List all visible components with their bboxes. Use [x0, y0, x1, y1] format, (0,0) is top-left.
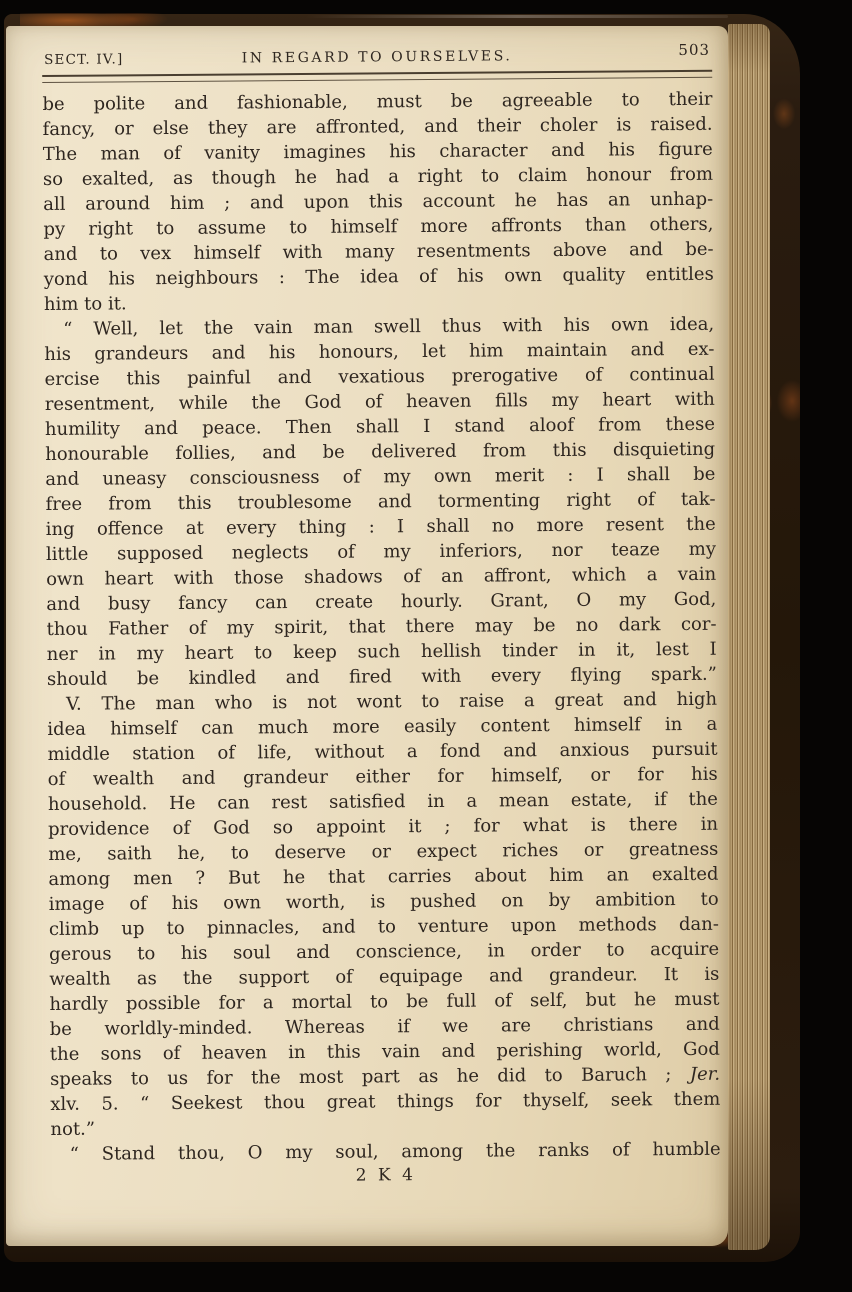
text-segment: be worldly-minded. Whereas if we are chr… — [50, 1014, 720, 1040]
text-segment: should be kindled and fired with every f… — [47, 664, 717, 690]
book-cover: SECT. IV.] IN REGARD TO OURSELVES. 503 b… — [4, 14, 800, 1262]
text-segment: and uneasy consciousness of my own merit… — [45, 464, 715, 490]
paragraph: “ Stand thou, O my soul, among the ranks… — [51, 1137, 721, 1167]
text-segment: Jer. — [690, 1064, 720, 1085]
text-segment: climb up to pinnacles, and to venture up… — [49, 914, 719, 940]
section-label: SECT. IV.] — [44, 51, 123, 68]
text-segment: The man of vanity imagines his character… — [43, 139, 713, 165]
text-segment: and to vex himself with many resentments… — [44, 239, 714, 265]
header-rule — [42, 70, 712, 83]
text-segment: all around him ; and upon this account h… — [43, 189, 713, 215]
text-segment: so exalted, as though he had a right to … — [43, 164, 713, 190]
text-segment: not.” — [50, 1119, 95, 1140]
text-segment: idea himself can much more easily conten… — [47, 714, 717, 740]
text-segment: and busy fancy can create hourly. Grant,… — [46, 589, 716, 615]
text-line: “ Stand thou, O my soul, among the ranks… — [51, 1137, 721, 1167]
text-segment: own heart with those shadows of an affro… — [46, 564, 716, 590]
text-segment: resentment, while the God of heaven fill… — [45, 389, 715, 415]
paragraph: be polite and fashionable, must be agree… — [42, 87, 714, 317]
text-segment: “ Well, let the vain man swell thus with… — [63, 314, 714, 340]
text-segment: humility and peace. Then shall I stand a… — [45, 414, 715, 440]
paragraph: “ Well, let the vain man swell thus with… — [44, 312, 717, 692]
signature-mark: 2 K 4 — [51, 1163, 721, 1188]
text-segment: little supposed neglects of my inferiors… — [46, 539, 716, 565]
text-segment: “ Stand thou, O my soul, among the ranks… — [70, 1139, 721, 1165]
text-segment: V. The man who is not wont to raise a gr… — [66, 689, 717, 715]
text-segment: middle station of life, without a fond a… — [47, 739, 717, 765]
text-segment: ercise this painful and vexatious prerog… — [45, 364, 715, 390]
text-segment: ing offence at every thing : I shall no … — [46, 514, 716, 540]
text-segment: thou Father of my spirit, that there may… — [46, 614, 716, 640]
page-body: be polite and fashionable, must be agree… — [42, 87, 720, 1167]
page-header: SECT. IV.] IN REGARD TO OURSELVES. 503 — [42, 45, 712, 68]
text-segment: honourable follies, and be delivered fro… — [45, 439, 715, 465]
text-segment: hardly possible for a mortal to be full … — [49, 989, 719, 1015]
text-line: xlv. 5. “ Seekest thou great things for … — [50, 1087, 720, 1117]
running-title: IN REGARD TO OURSELVES. — [242, 48, 513, 66]
text-segment: speaks to us for the most part as he did… — [50, 1064, 690, 1090]
text-segment: him to it. — [44, 293, 127, 315]
text-segment: his grandeurs and his honours, let him m… — [44, 339, 714, 365]
page-content: SECT. IV.] IN REGARD TO OURSELVES. 503 b… — [42, 45, 721, 1188]
text-segment: ner in my heart to keep such hellish tin… — [47, 639, 717, 665]
text-segment: of wealth and grandeur either for himsel… — [48, 764, 718, 790]
text-segment: among men ? But he that carries about hi… — [48, 864, 718, 890]
text-segment: providence of God so appoint it ; for wh… — [48, 814, 718, 840]
text-segment: yond his neighbours : The idea of his ow… — [44, 264, 714, 290]
paragraph: V. The man who is not wont to raise a gr… — [47, 687, 721, 1142]
text-segment: free from this troublesome and tormentin… — [45, 489, 715, 515]
text-segment: me, saith he, to deserve or expect riche… — [48, 839, 718, 865]
text-segment: image of his own worth, is pushed on by … — [49, 889, 719, 915]
text-segment: household. He can rest satisfied in a me… — [48, 789, 718, 815]
page-number: 503 — [678, 41, 710, 59]
text-segment: gerous to his soul and conscience, in or… — [49, 939, 719, 965]
text-segment: the sons of heaven in this vain and peri… — [50, 1039, 720, 1065]
text-line: yond his neighbours : The idea of his ow… — [44, 262, 714, 292]
text-segment: fancy, or else they are affronted, and t… — [43, 114, 713, 140]
text-segment: py right to assume to himself more affro… — [43, 214, 713, 240]
text-segment: xlv. 5. “ Seekest thou great things for … — [50, 1089, 720, 1115]
book-page: SECT. IV.] IN REGARD TO OURSELVES. 503 b… — [6, 26, 728, 1246]
scan-background: SECT. IV.] IN REGARD TO OURSELVES. 503 b… — [0, 0, 852, 1292]
text-segment: wealth as the support of equipage and gr… — [49, 964, 719, 990]
text-segment: be polite and fashionable, must be agree… — [42, 89, 712, 115]
page-edges — [728, 24, 770, 1250]
